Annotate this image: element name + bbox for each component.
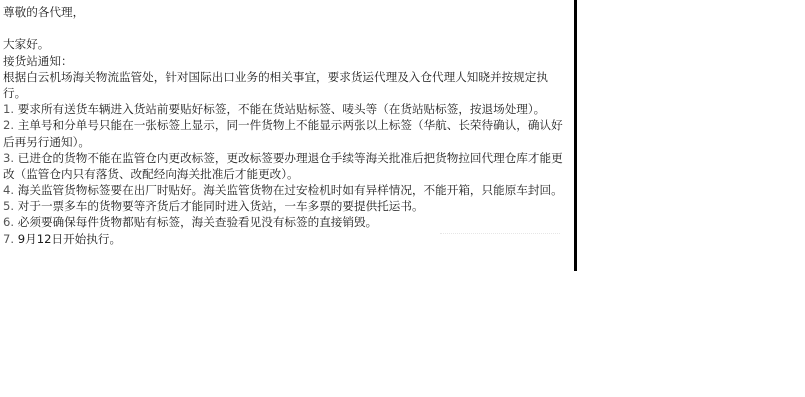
- greeting: 大家好。: [3, 36, 573, 52]
- item-text: 必须要确保每件货物都贴有标签，海关查验看见没有标签的直接销毁。: [18, 215, 377, 229]
- item-number: 4.: [3, 183, 14, 197]
- scan-artifact: [440, 233, 560, 235]
- item-text: 已进仓的货物不能在监管仓内更改标签，更改标签要办理退仓手续等海关批准后把货物拉回…: [18, 151, 563, 165]
- item-text: 9月12日开始执行。: [18, 232, 121, 246]
- item-number: 1.: [3, 102, 14, 116]
- list-item-6: 6. 必须要确保每件货物都贴有标签，海关查验看见没有标签的直接销毁。: [3, 214, 573, 230]
- item-number: 7.: [3, 232, 14, 246]
- list-item-4: 4. 海关监管货物标签要在出厂时贴好。海关监管货物在过安检机时如有异样情况，不能…: [3, 182, 573, 198]
- list-item-1: 1. 要求所有送货车辆进入货站前要贴好标签，不能在货站贴标签、唛头等（在货站贴标…: [3, 101, 573, 117]
- item-text: 海关监管货物标签要在出厂时贴好。海关监管货物在过安检机时如有异样情况，不能开箱，…: [18, 183, 563, 197]
- item-text: 要求所有送货车辆进入货站前要贴好标签，不能在货站贴标签、唛头等（在货站贴标签，按…: [18, 102, 546, 116]
- item-number: 6.: [3, 215, 14, 229]
- salutation: 尊敬的各代理，: [3, 4, 573, 20]
- list-item-2-continuation: 后再另行通知）。: [3, 134, 573, 150]
- list-item-2: 2. 主单号和分单号只能在一张标签上显示，同一件货物上不能显示两张以上标签（华航…: [3, 117, 573, 133]
- intro-paragraph-line-2: 行。: [3, 85, 573, 101]
- item-number: 2.: [3, 118, 14, 132]
- item-text: 主单号和分单号只能在一张标签上显示，同一件货物上不能显示两张以上标签（华航、长荣…: [18, 118, 563, 132]
- item-number: 5.: [3, 199, 14, 213]
- intro-paragraph-line-1: 根据白云机场海关物流监管处，针对国际出口业务的相关事宜，要求货运代理及入仓代理人…: [3, 69, 573, 85]
- list-item-3: 3. 已进仓的货物不能在监管仓内更改标签，更改标签要办理退仓手续等海关批准后把货…: [3, 150, 573, 166]
- blank-line: [3, 20, 573, 36]
- item-number: 3.: [3, 151, 14, 165]
- item-text: 对于一票多车的货物要等齐货后才能同时进入货站，一车多票的要提供托运书。: [18, 199, 424, 213]
- vertical-divider: [574, 0, 577, 271]
- notice-document: 尊敬的各代理， 大家好。 接货站通知： 根据白云机场海关物流监管处，针对国际出口…: [3, 4, 573, 247]
- notice-heading: 接货站通知：: [3, 53, 573, 69]
- list-item-5: 5. 对于一票多车的货物要等齐货后才能同时进入货站，一车多票的要提供托运书。: [3, 198, 573, 214]
- list-item-3-continuation: 改（监管仓内只有落货、改配经向海关批准后才能更改）。: [3, 166, 573, 182]
